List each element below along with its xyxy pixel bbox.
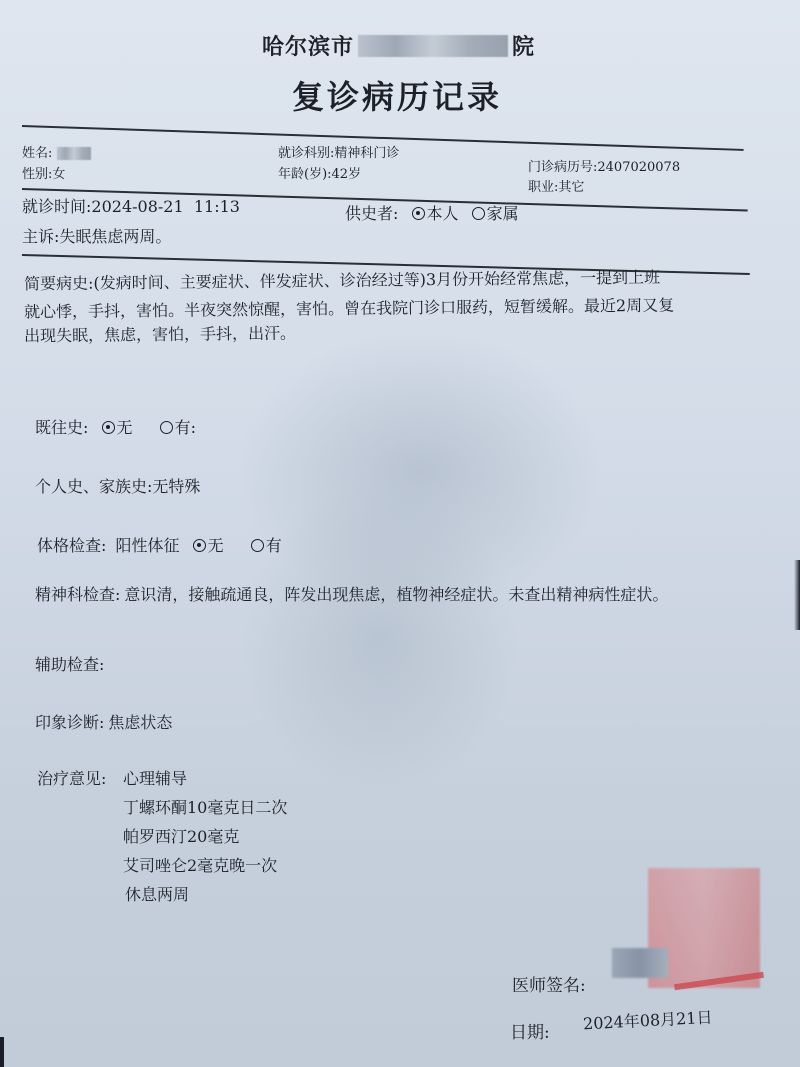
visit-time-field: 就诊时间:2024-08-21 11:13 xyxy=(22,194,240,217)
positive-signs-label: 阳性体征 xyxy=(116,536,180,555)
record-number-value: 2407020078 xyxy=(597,160,680,175)
history-line-2: 就心悸，手抖，害怕。半夜突然惊醒，害怕。曾在我院门诊口服药，短暂缓解。最近2周又… xyxy=(24,293,674,323)
redacted-doctor-signature xyxy=(612,948,668,978)
past-history-field: 既往史: 无 有: xyxy=(35,415,196,438)
history-line-3: 出现失眠，焦虑，害怕，手抖，出汗。 xyxy=(24,321,296,347)
medical-record-page: 哈尔滨市 院 复诊病历记录 姓名: 就诊科别:精神科门诊 门诊病历号:24070… xyxy=(0,0,800,1067)
diagnosis-value: 焦虑状态 xyxy=(108,713,172,732)
department-field: 就诊科别:精神科门诊 xyxy=(278,142,399,161)
page-edge-shadow-bottom xyxy=(0,1037,4,1067)
physical-exam-field: 体格检查: 阳性体征 无 有 xyxy=(37,533,282,556)
record-number-field: 门诊病历号:2407020078 xyxy=(528,156,680,175)
informant-family-label: 家属 xyxy=(487,204,519,223)
department-value: 精神科门诊 xyxy=(334,146,399,161)
past-history-none-label: 无 xyxy=(117,418,133,437)
psych-exam-field: 精神科检查:意识清，接触疏通良，阵发出现焦虑，植物神经症状。未查出精神病性症状。 xyxy=(35,582,668,605)
occupation-value: 其它 xyxy=(558,180,584,195)
doctor-signature-field: 医师签名: xyxy=(512,971,586,996)
patient-name-label: 姓名: xyxy=(22,146,52,161)
informant-label: 供史者: xyxy=(345,204,398,223)
doctor-signature-label: 医师签名: xyxy=(512,976,586,996)
occupation-label: 职业: xyxy=(528,180,558,195)
sex-field: 性别:女 xyxy=(22,163,65,182)
past-history-none-radio[interactable] xyxy=(102,421,115,434)
hospital-name-prefix: 哈尔滨市 xyxy=(262,30,354,61)
diagnosis-field: 印象诊断:焦虑状态 xyxy=(35,710,172,733)
hospital-name: 哈尔滨市 院 xyxy=(262,30,535,61)
physical-exam-label: 体格检查: xyxy=(37,536,106,555)
date-value: 2024年08月21日 xyxy=(582,1005,712,1035)
page-edge-shadow xyxy=(794,560,800,630)
auxiliary-exam-field: 辅助检查: xyxy=(35,652,104,675)
visit-time-label: 就诊时间: xyxy=(22,197,91,216)
sex-value: 女 xyxy=(52,167,65,182)
past-history-label: 既往史: xyxy=(35,418,88,437)
positive-signs-none-label: 无 xyxy=(208,536,224,555)
treatment-line: 丁螺环酮10毫克日二次 xyxy=(123,795,287,818)
personal-family-history-field: 个人史、家族史:无特殊 xyxy=(35,474,200,497)
positive-signs-none-radio[interactable] xyxy=(193,539,206,552)
chief-complaint-label: 主诉: xyxy=(22,227,59,246)
history-text-1: 3月份开始经常焦虑，一提到上班 xyxy=(426,268,660,289)
treatment-label-row: 治疗意见: xyxy=(37,766,106,789)
informant-field: 供史者: 本人 家属 xyxy=(345,201,519,224)
age-value: 42岁 xyxy=(332,167,362,182)
visit-time-value: 2024-08-21 11:13 xyxy=(91,197,240,216)
age-label: 年龄(岁): xyxy=(278,167,332,182)
department-label: 就诊科别: xyxy=(278,146,334,161)
treatment-line: 艾司唑仑2毫克晚一次 xyxy=(123,853,277,876)
personal-family-history-value: 无特殊 xyxy=(152,477,200,496)
chief-complaint-field: 主诉:失眠焦虑两周。 xyxy=(22,224,171,247)
treatment-label: 治疗意见: xyxy=(37,769,106,788)
personal-family-history-label: 个人史、家族史: xyxy=(35,477,152,496)
age-field: 年龄(岁):42岁 xyxy=(278,163,361,182)
form-title: 复诊病历记录 xyxy=(292,72,502,118)
treatment-line: 帕罗西汀20毫克 xyxy=(123,824,239,847)
occupation-field: 职业:其它 xyxy=(528,176,584,195)
informant-self-label: 本人 xyxy=(427,204,459,223)
past-history-yes-label: 有: xyxy=(175,418,196,437)
redacted-hospital-name xyxy=(358,35,508,57)
sex-label: 性别: xyxy=(22,167,52,182)
past-history-yes-radio[interactable] xyxy=(160,421,173,434)
history-hint: (发病时间、主要症状、伴发症状、诊治经过等) xyxy=(93,270,426,292)
informant-family-radio[interactable] xyxy=(472,207,485,220)
hospital-name-suffix: 院 xyxy=(512,30,535,61)
history-label: 简要病史: xyxy=(24,274,94,294)
date-label: 日期: xyxy=(510,1023,550,1043)
chief-complaint-value: 失眠焦虑两周。 xyxy=(59,227,171,246)
diagnosis-label: 印象诊断: xyxy=(35,713,104,732)
date-field: 日期: xyxy=(510,1018,550,1043)
treatment-line: 心理辅导 xyxy=(123,766,187,789)
psych-exam-value: 意识清，接触疏通良，阵发出现焦虑，植物神经症状。未查出精神病性症状。 xyxy=(124,585,668,604)
history-text-3: 出现失眠，焦虑，害怕，手抖，出汗。 xyxy=(24,324,296,346)
treatment-line: 休息两周 xyxy=(125,882,189,905)
positive-signs-yes-radio[interactable] xyxy=(251,539,264,552)
redacted-patient-name xyxy=(57,147,91,160)
psych-exam-label: 精神科检查: xyxy=(35,585,120,604)
record-number-label: 门诊病历号: xyxy=(528,160,597,175)
history-text-2: 就心悸，手抖，害怕。半夜突然惊醒，害怕。曾在我院门诊口服药，短暂缓解。最近2周又… xyxy=(24,296,674,322)
history-line-1: 简要病史:(发病时间、主要症状、伴发症状、诊治经过等)3月份开始经常焦虑，一提到… xyxy=(24,265,660,295)
auxiliary-exam-label: 辅助检查: xyxy=(35,655,104,674)
positive-signs-yes-label: 有 xyxy=(266,536,282,555)
patient-name-field: 姓名: xyxy=(22,142,91,161)
informant-self-radio[interactable] xyxy=(412,207,425,220)
